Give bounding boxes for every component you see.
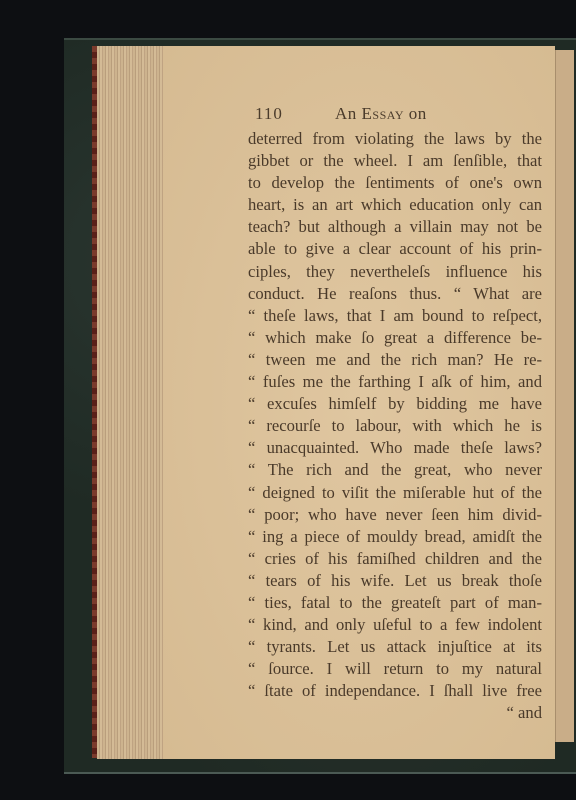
text-line: deterred from violating the laws by the <box>248 128 542 150</box>
body-text: deterred from violating the laws by the … <box>248 128 542 725</box>
running-title-suffix: on <box>409 104 427 123</box>
running-title-main: Essay <box>362 104 404 123</box>
page-block-edge <box>97 46 163 759</box>
text-line: “ ties, fatal to the greateſt part of ma… <box>248 592 542 614</box>
facing-page-edge <box>555 50 574 742</box>
text-line: “ ing a piece of mouldy bread, amidſt th… <box>248 526 542 548</box>
text-line: to develop the ſentiments of one's own <box>248 172 542 194</box>
catchword: “ and <box>248 702 542 724</box>
running-title: An Essay on <box>335 104 427 124</box>
text-line: “ tears of his wife. Let us break thoſe <box>248 570 542 592</box>
text-line: “ poor; who have never ſeen him divid- <box>248 504 542 526</box>
text-line: conduct. He reaſons thus. “ What are <box>248 283 542 305</box>
text-line: “ The rich and the great, who never <box>248 459 542 481</box>
text-line: ciples, they nevertheleſs influence his <box>248 261 542 283</box>
text-line: “ tyrants. Let us attack injuſtice at it… <box>248 636 542 658</box>
text-line: “ theſe laws, that I am bound to reſpect… <box>248 305 542 327</box>
text-line: “ which make ſo great a difference be- <box>248 327 542 349</box>
text-line: “ deigned to viſit the miſerable hut of … <box>248 482 542 504</box>
text-line: “ cries of his famiſhed children and the <box>248 548 542 570</box>
text-line: heart, is an art which education only ca… <box>248 194 542 216</box>
text-line: “ fuſes me the farthing I aſk of him, an… <box>248 371 542 393</box>
page-number: 110 <box>255 104 283 124</box>
running-title-prefix: An <box>335 104 357 123</box>
text-line: “ ſtate of independance. I ſhall live fr… <box>248 680 542 702</box>
text-line: “ kind, and only uſeful to a few indolen… <box>248 614 542 636</box>
text-line: able to give a clear account of his prin… <box>248 238 542 260</box>
text-line: “ recourſe to labour, with which he is <box>248 415 542 437</box>
text-line: “ unacquainted. Who made theſe laws? <box>248 437 542 459</box>
text-line: “ ſource. I will return to my natural <box>248 658 542 680</box>
text-line: gibbet or the wheel. I am ſenſible, that <box>248 150 542 172</box>
text-line: “ excuſes himſelf by bidding me have <box>248 393 542 415</box>
text-line: “ tween me and the rich man? He re- <box>248 349 542 371</box>
running-head: 110 An Essay on <box>255 104 555 126</box>
text-line: teach? but although a villain may not be <box>248 216 542 238</box>
